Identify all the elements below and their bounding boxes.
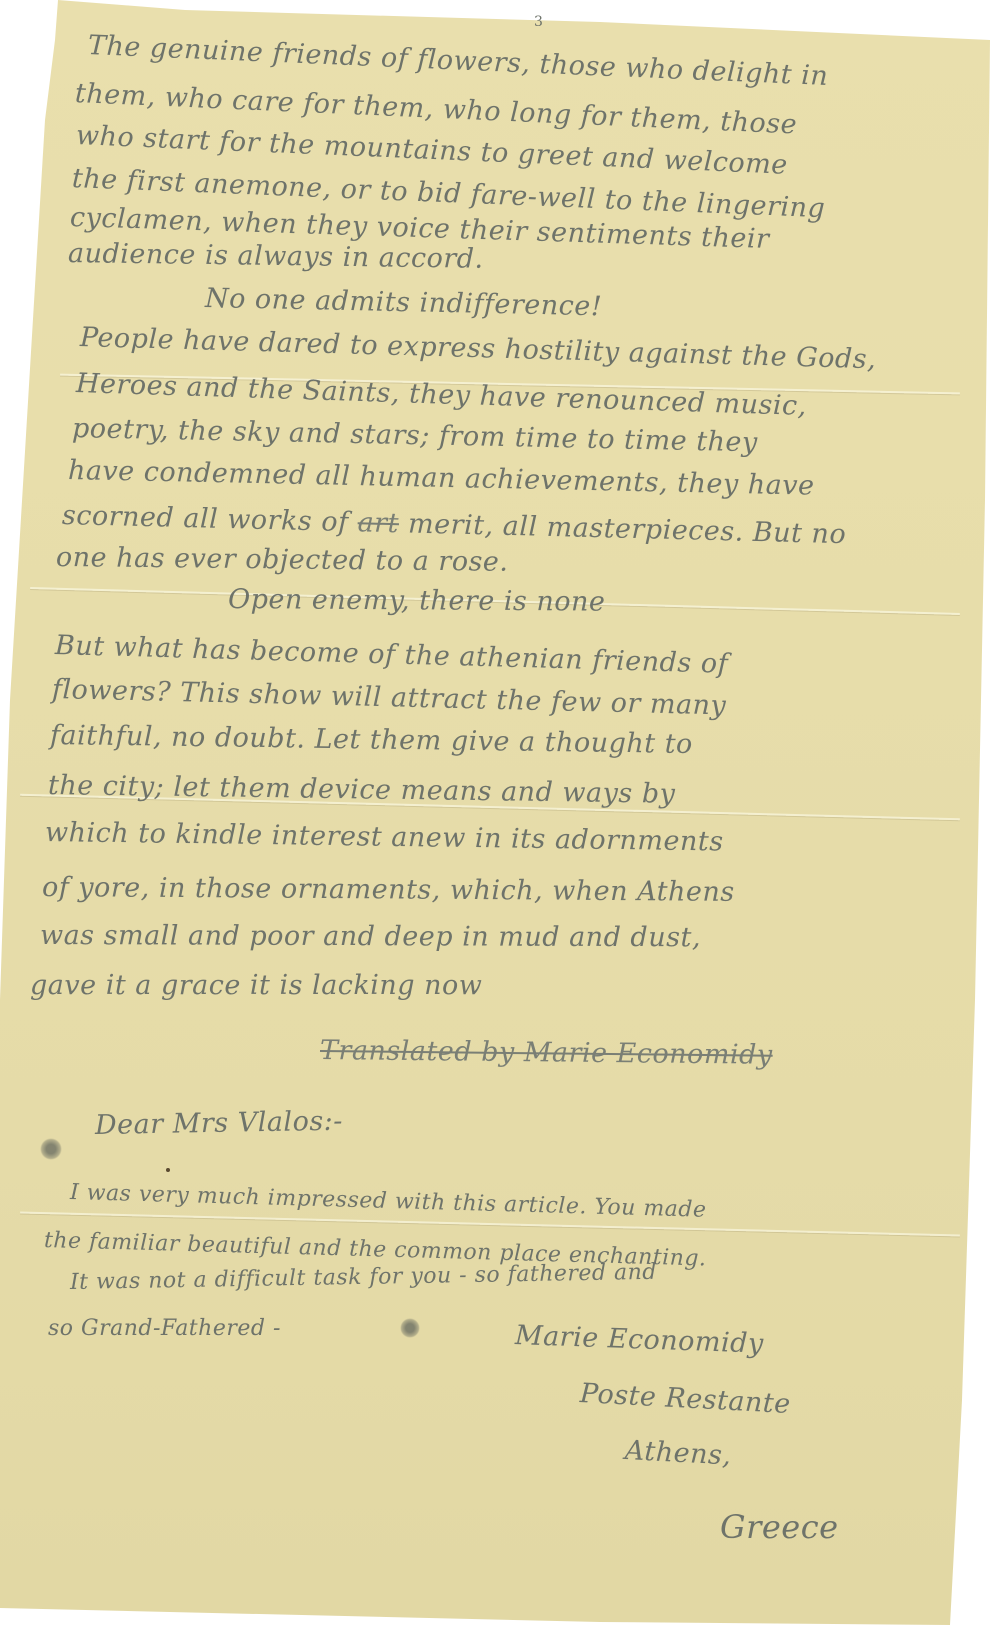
page-number: 3	[534, 14, 543, 30]
address-line: Greece	[720, 1508, 839, 1546]
note-line: so Grand-Fathered -	[48, 1316, 281, 1341]
article-line: one has ever objected to a rose.	[56, 542, 509, 578]
article-heading: Open enemy, there is none	[228, 584, 606, 618]
ink-spot	[166, 1168, 170, 1172]
scribbled-mark	[400, 1318, 420, 1338]
struck-word: art	[357, 507, 399, 539]
translator-credit-struck: Translated by Marie Economidy	[320, 1035, 773, 1071]
address-line: Athens,	[624, 1435, 732, 1472]
article-line: audience is always in accord.	[68, 238, 484, 275]
article-line: gave it a grace it is lacking now	[30, 970, 482, 1001]
article-line: of yore, in those ornaments, which, when…	[42, 872, 735, 908]
scribbled-mark	[40, 1138, 62, 1160]
article-line: was small and poor and deep in mud and d…	[40, 920, 701, 953]
note-salutation: Dear Mrs Vlalos:-	[95, 1106, 343, 1141]
